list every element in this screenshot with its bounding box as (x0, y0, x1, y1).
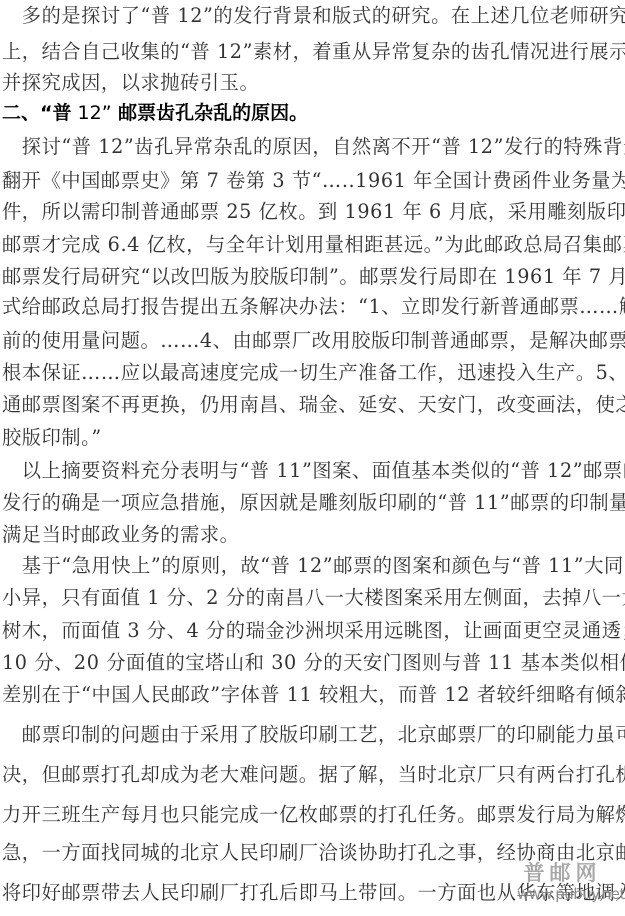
text-line: 并探究成因，以求抛砖引玉。 (2, 71, 623, 95)
text-line: 上，结合自己收集的“普 12”素材，着重从异常复杂的齿孔情况进行展示比较 (2, 40, 623, 64)
text-line: 邮票才完成 6.4 亿枚，与全年计划用量相距甚远。”为此邮政总局召集邮票厂和 (2, 233, 623, 257)
text-line: 前的使用量问题。……4、由邮票厂改用胶版印制普通邮票，是解决邮票用量的 (2, 329, 623, 353)
text-line: 邮票发行局研究“以改凹版为胶版印制”。邮票发行局即在 1961 年 7 月 13… (2, 265, 623, 289)
text-line: 力开三班生产每月也只能完成一亿枚邮票的打孔任务。邮票发行局为解燃眉之 (2, 803, 623, 827)
text-line: 件，所以需印制普通邮票 25 亿枚。到 1961 年 6 月底，采用雕刻版印制的… (2, 200, 623, 224)
text-line: 10 分、20 分面值的宝塔山和 30 分的天安门图则与普 11 基本类似相仿，… (2, 651, 623, 675)
section-heading: 二、“普 12” 邮票齿孔杂乱的原因。 (2, 101, 308, 125)
heading-prefix: 二、“普 (2, 102, 72, 124)
text-line: 以上摘要资料充分表明与“普 11”图案、面值基本类似的“普 12”邮票的 (2, 459, 623, 483)
text-line: 满足当时邮政业务的需求。 (2, 523, 623, 547)
text-line: 邮票印制的问题由于采用了胶版印刷工艺，北京邮票厂的印刷能力虽可解 (2, 723, 623, 747)
document-page: 多的是探讨了“普 12”的发行背景和版式的研究。在上述几位老师研究的基础 上，结… (0, 0, 625, 916)
text-line: 胶版印制。” (2, 426, 623, 450)
text-line: 基于“急用快上”的原则，故“普 12”邮票的图案和颜色与“普 11”大同 (2, 554, 623, 578)
text-line: 通邮票图案不再更换，仍用南昌、瑞金、延安、天安门，改变画法，使之适于 (2, 393, 623, 417)
text-line: 急，一方面找同城的北京人民印刷厂洽谈协助打孔之事，经协商由北京邮票厂 (2, 841, 623, 865)
text-line: 翻开《中国邮票史》第 7 卷第 3 节“…..1961 年全国计费函件业务量为 … (2, 169, 623, 193)
text-line: 决，但邮票打孔却成为老大难问题。据了解，当时北京厂只有两台打孔机，全 (2, 763, 623, 787)
text-line: 小异，只有面值 1 分、2 分的南昌八一大楼图案采用左侧面，去掉八一大楼两侧 (2, 586, 623, 610)
text-line: 式给邮政总局打报告提出五条解决办法：“1、立即发行新普通邮票……解决目 (2, 295, 623, 319)
text-line: 多的是探讨了“普 12”的发行背景和版式的研究。在上述几位老师研究的基础 (2, 4, 623, 28)
text-line: 根本保证……应以最高速度完成一切生产准备工作，迅速投入生产。5、……普 (2, 361, 623, 385)
text-line: 差别在于“中国人民邮政”字体普 11 较粗大，而普 12 者较纤细略有倾斜而已。 (2, 683, 623, 707)
text-line: 将印好邮票带去人民印刷厂打孔后即马上带回。一方面也从华东等地调入部分 (2, 881, 623, 905)
text-line: 发行的确是一项应急措施，原因就是雕刻版印刷的“普 11”邮票的印制量不能 (2, 491, 623, 515)
text-line: 树木，而面值 3 分、4 分的瑞金沙洲坝采用远眺图，让画面更空灵通透；而 8 分… (2, 619, 623, 643)
text-line: 探讨“普 12”齿孔异常杂乱的原因，自然离不开“普 12”发行的特殊背景。 (2, 135, 623, 159)
heading-number: 12” (72, 102, 112, 124)
heading-suffix: 邮票齿孔杂乱的原因。 (112, 102, 309, 124)
